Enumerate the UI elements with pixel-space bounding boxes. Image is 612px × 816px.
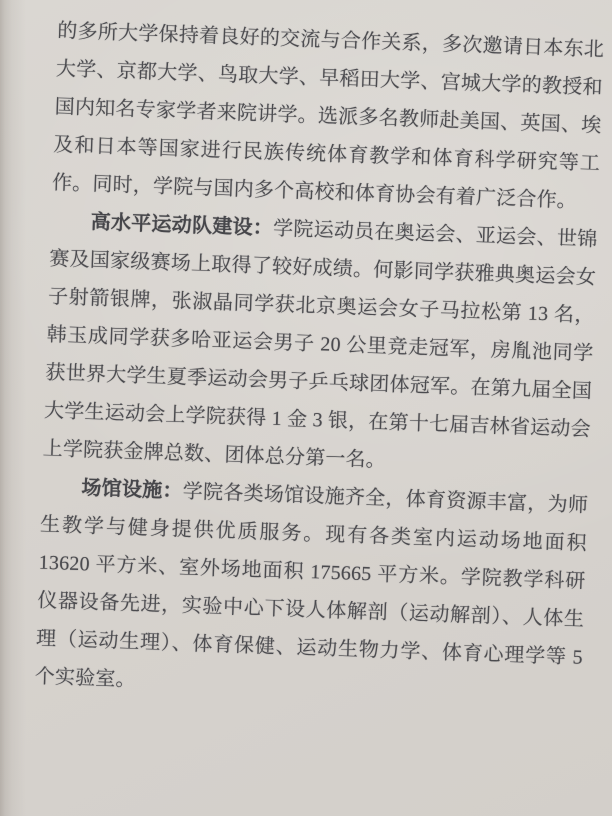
page-content: 的多所大学保持着良好的交流与合作关系，多次邀请日本东北大学、京都大学、鸟取大学、… [34, 12, 605, 715]
paragraph-sports-teams: 高水平运动队建设：学院运动员在奥运会、亚运会、世锦赛及国家级赛场上取得了较好成绩… [42, 202, 598, 487]
section-heading-facilities: 场馆设施： [81, 477, 183, 503]
section-heading-sports-teams: 高水平运动队建设： [90, 211, 273, 239]
document-photo: 的多所大学保持着良好的交流与合作关系，多次邀请日本东北大学、京都大学、鸟取大学、… [0, 0, 612, 816]
paragraph-text: 的多所大学保持着良好的交流与合作关系，多次邀请日本东北大学、京都大学、鸟取大学、… [52, 20, 605, 212]
paragraph-text: 学院各类场馆设施齐全，体育资源丰富，为师生教学与健身提供优质服务。现有各类室内运… [34, 481, 588, 691]
paragraph-international-exchange: 的多所大学保持着良好的交流与合作关系，多次邀请日本东北大学、京都大学、鸟取大学、… [51, 12, 604, 221]
paragraph-text: 学院运动员在奥运会、亚运会、世锦赛及国家级赛场上取得了较好成绩。何影同学获雅典奥… [42, 218, 597, 472]
paragraph-facilities: 场馆设施：学院各类场馆设施齐全，体育资源丰富，为师生教学与健身提供优质服务。现有… [34, 468, 589, 715]
